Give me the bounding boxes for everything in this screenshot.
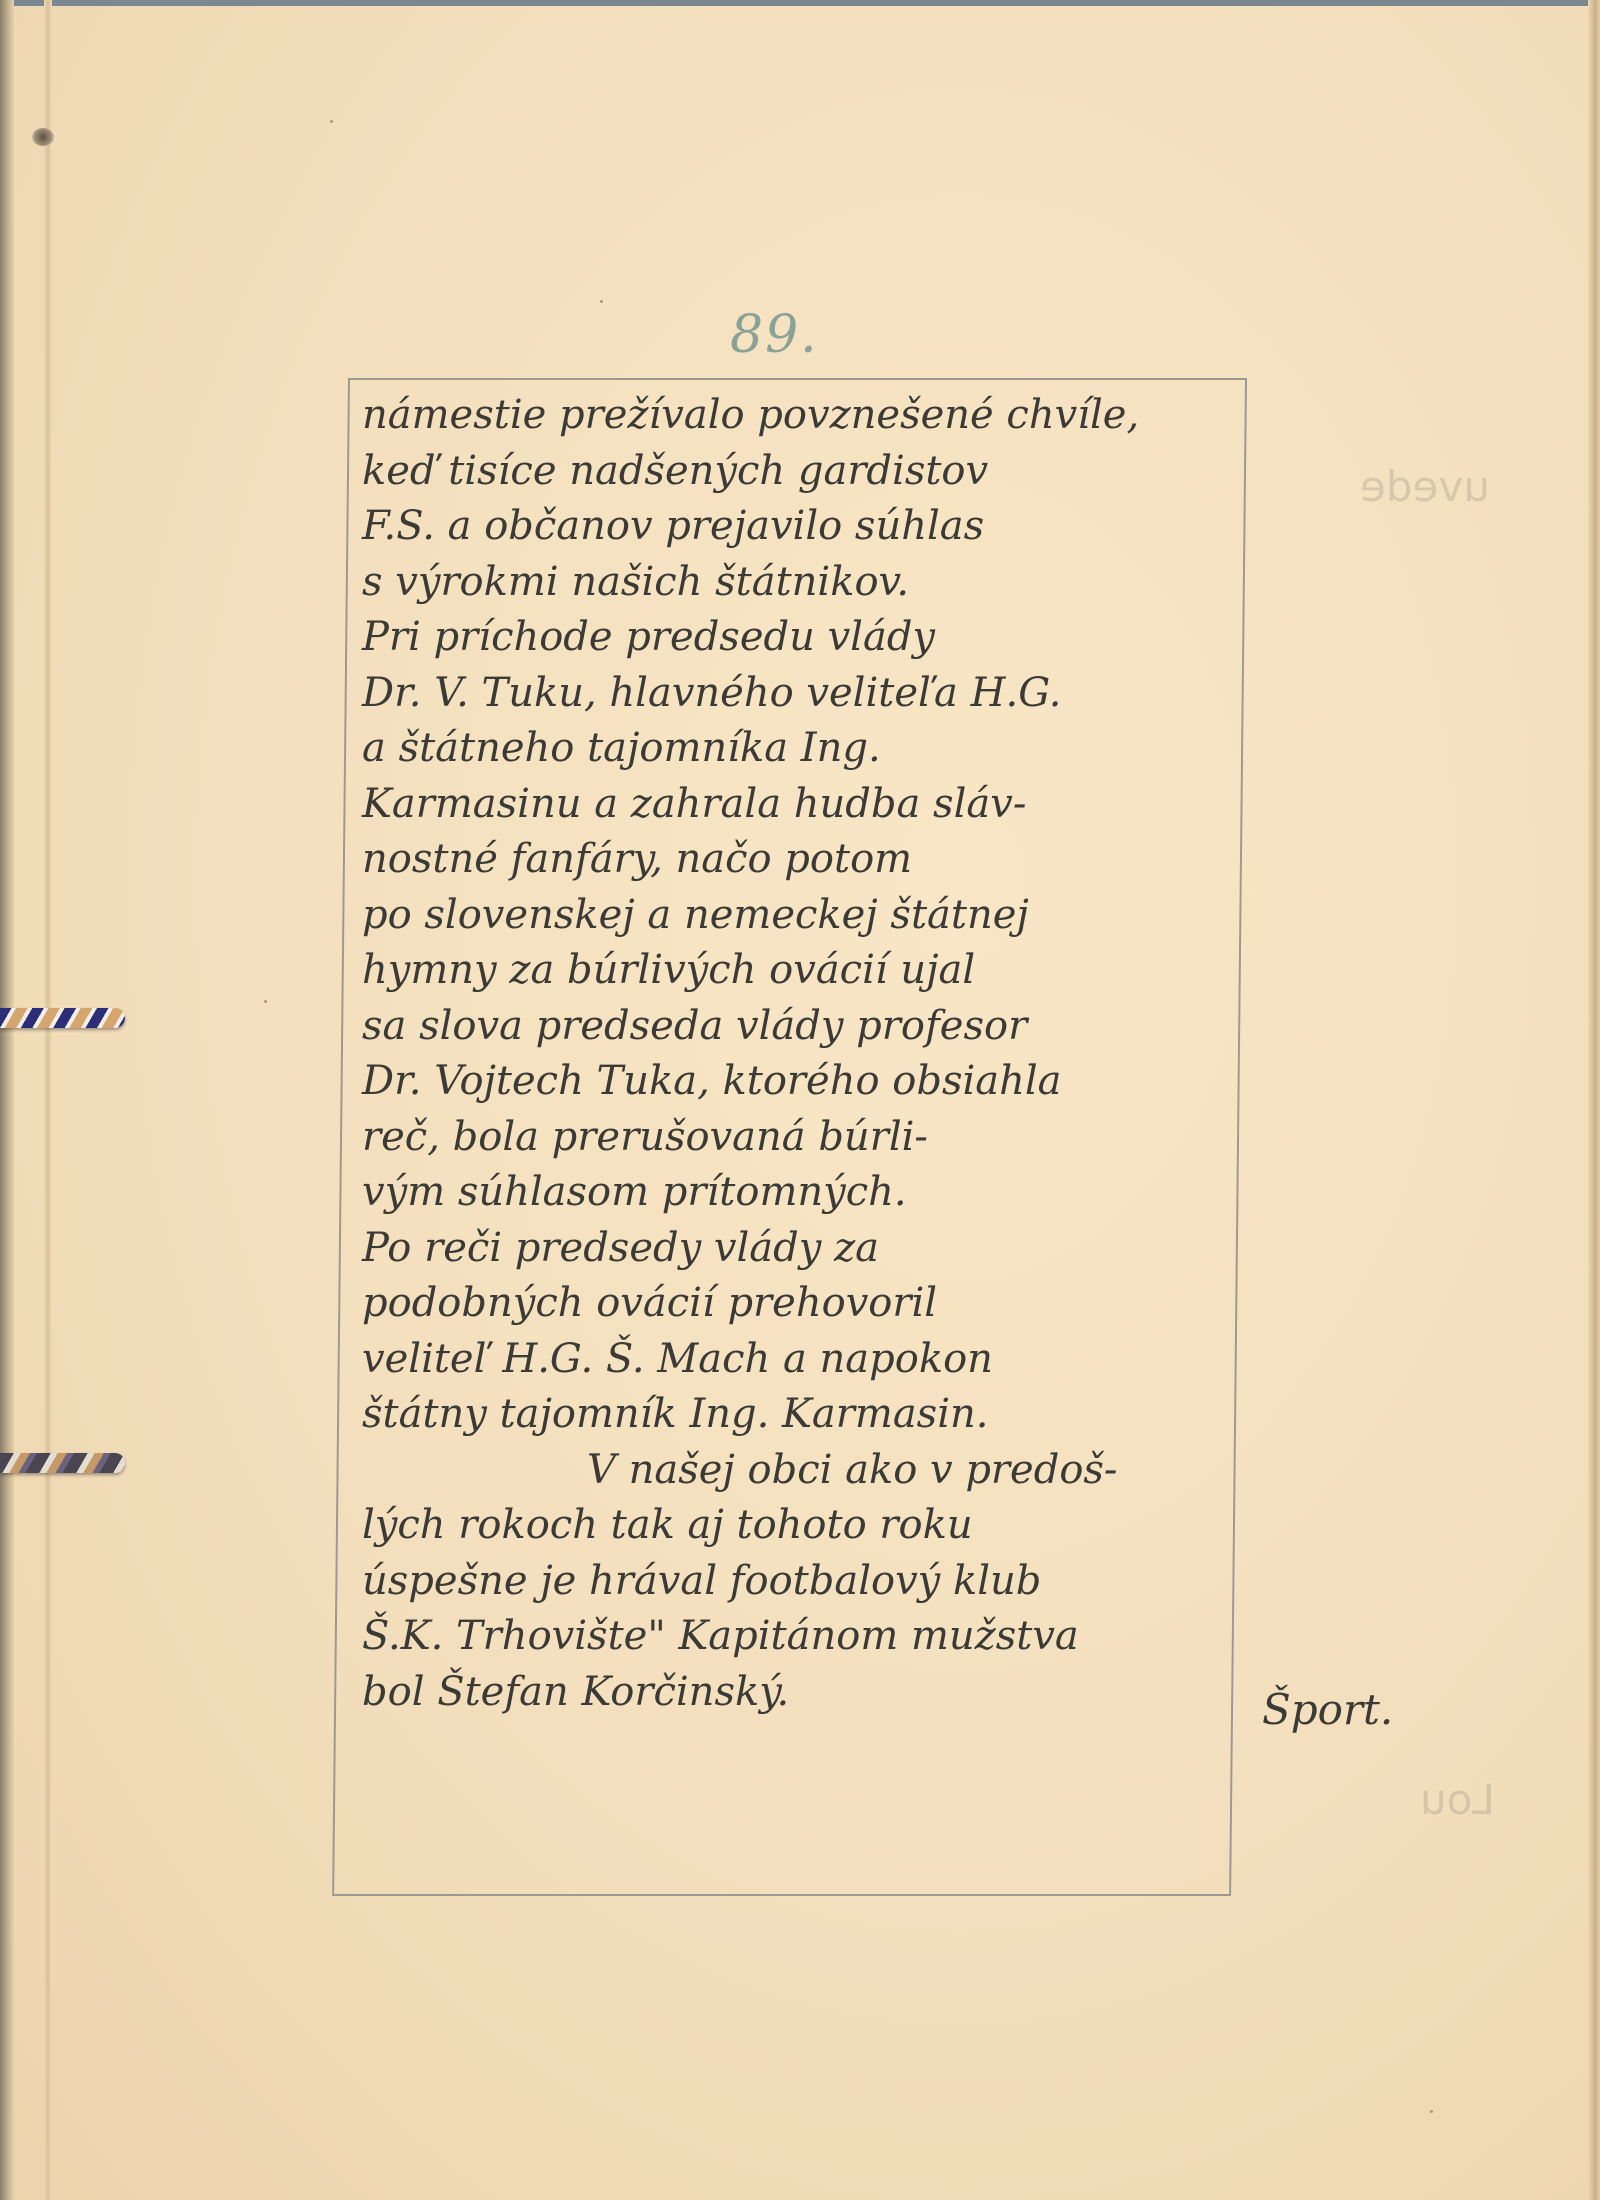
paper-speck	[330, 120, 333, 123]
scanned-page: uvede Lou 89. námestie prežívalo povzneš…	[0, 0, 1600, 2200]
binding-string-bottom	[0, 1453, 125, 1473]
text-line: s výrokmi našich štátnikov.	[362, 555, 1262, 611]
bleed-through-text: uvede	[1360, 462, 1490, 511]
binding-hole	[32, 128, 54, 146]
text-line: Dr. Vojtech Tuka, ktorého obsiahla	[362, 1054, 1262, 1110]
text-line: Pri príchode predsedu vlády	[362, 610, 1262, 666]
page-right-edge	[1588, 0, 1600, 2200]
text-line: Š.K. Trhovište" Kapitánom mužstva	[362, 1609, 1262, 1665]
text-line: sa slova predseda vlády profesor	[362, 999, 1262, 1055]
text-line: a štátneho tajomníka Ing.	[362, 721, 1262, 777]
text-line: bol Štefan Korčinský.	[362, 1665, 1262, 1721]
book-spine-shadow	[0, 0, 14, 2200]
paper-speck	[600, 300, 603, 303]
text-line: úspešne je hrával footbalový klub	[362, 1554, 1262, 1610]
text-line: po slovenskej a nemeckej štátnej	[362, 888, 1262, 944]
text-line: námestie prežívalo povznešené chvíle,	[362, 388, 1262, 444]
paper-speck	[264, 1000, 267, 1003]
bleed-through-text: Lou	[1420, 1775, 1495, 1824]
page-fold-line	[44, 0, 52, 2200]
scan-top-edge	[0, 0, 1600, 6]
text-line: hymny za búrlivých ovácií ujal	[362, 943, 1262, 999]
text-line: podobných ovácií prehovoril	[362, 1276, 1262, 1332]
text-line: Karmasinu a zahrala hudba sláv-	[362, 777, 1262, 833]
text-line: vým súhlasom prítomných.	[362, 1165, 1262, 1221]
text-line: F.S. a občanov prejavilo súhlas	[362, 499, 1262, 555]
paragraph-start-line: V našej obci ako v predoš-	[362, 1443, 1262, 1499]
text-line: keď tisíce nadšených gardistov	[362, 444, 1262, 500]
text-line: Po reči predsedy vlády za	[362, 1221, 1262, 1277]
text-line: lých rokoch tak aj tohoto roku	[362, 1498, 1262, 1554]
text-line: štátny tajomník Ing. Karmasin.	[362, 1387, 1262, 1443]
text-line: veliteľ H.G. Š. Mach a napokon	[362, 1332, 1262, 1388]
paper-speck	[1430, 2110, 1433, 2113]
binding-string-top	[0, 1008, 125, 1028]
text-line: reč, bola prerušovaná búrli-	[362, 1110, 1262, 1166]
text-line: nostné fanfáry, načo potom	[362, 832, 1262, 888]
page-number: 89.	[730, 305, 819, 365]
handwritten-text-block: námestie prežívalo povznešené chvíle, ke…	[362, 388, 1262, 1720]
margin-note-sport: Šport.	[1262, 1685, 1393, 1734]
text-line: Dr. V. Tuku, hlavného veliteľa H.G.	[362, 666, 1262, 722]
